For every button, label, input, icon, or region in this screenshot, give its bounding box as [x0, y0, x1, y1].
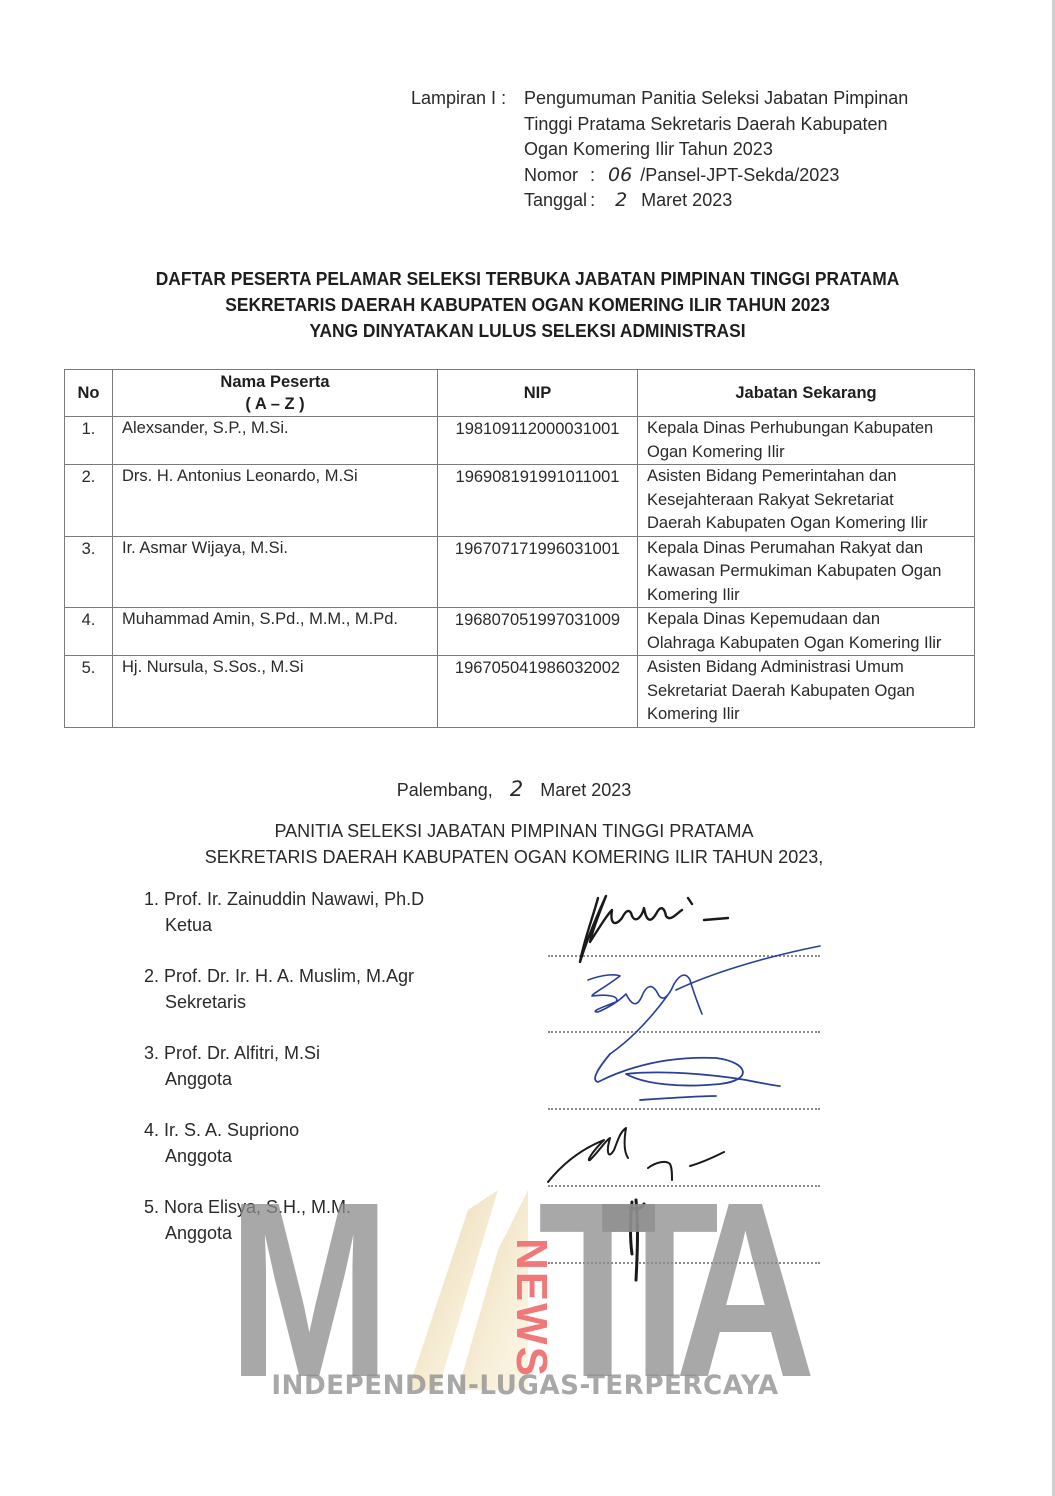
- cell-nama: Ir. Asmar Wijaya, M.Si.: [113, 536, 438, 608]
- signature-3: [595, 1054, 780, 1100]
- cell-no: 3.: [65, 536, 113, 608]
- title-line: DAFTAR PESERTA PELAMAR SELEKSI TERBUKA J…: [88, 266, 967, 292]
- header-jabatan: Jabatan Sekarang: [638, 370, 975, 417]
- committee-line: PANITIA SELEKSI JABATAN PIMPINAN TINGGI …: [0, 818, 1028, 844]
- tanggal-suffix: Maret 2023: [641, 188, 732, 214]
- watermark-tagline: INDEPENDEN-LUGAS-TERPERCAYA: [239, 1370, 811, 1401]
- cell-jabatan: Asisten Bidang Pemerintahan danKesejahte…: [638, 465, 975, 537]
- member-role: Anggota: [144, 1066, 320, 1092]
- member-3: 3. Prof. Dr. Alfitri, M.Si Anggota: [144, 1040, 320, 1092]
- jabatan-line: Kesejahteraan Rakyat Sekretariat: [647, 489, 974, 513]
- header-nama: Nama Peserta ( A – Z ): [113, 370, 438, 417]
- member-name: 4. Ir. S. A. Supriono: [144, 1117, 299, 1143]
- jabatan-line: Komering Ilir: [647, 584, 974, 608]
- committee-name: PANITIA SELEKSI JABATAN PIMPINAN TINGGI …: [0, 818, 1028, 870]
- cell-jabatan: Kepala Dinas Perumahan Rakyat danKawasan…: [638, 536, 975, 608]
- header-nama-line1: Nama Peserta: [113, 371, 437, 393]
- member-role: Anggota: [144, 1143, 299, 1169]
- table-row: 2.Drs. H. Antonius Leonardo, M.Si1969081…: [65, 465, 975, 537]
- lampiran-block: Lampiran I : Pengumuman Panitia Seleksi …: [411, 86, 908, 214]
- jabatan-line: Kawasan Permukiman Kabupaten Ogan: [647, 560, 974, 584]
- title-line: YANG DINYATAKAN LULUS SELEKSI ADMINISTRA…: [88, 318, 967, 344]
- participants-table: No Nama Peserta ( A – Z ) NIP Jabatan Se…: [64, 369, 975, 728]
- jabatan-line: Daerah Kabupaten Ogan Komering Ilir: [647, 512, 974, 536]
- signatures: [480, 870, 900, 1290]
- cell-jabatan: Kepala Dinas Kepemudaan danOlahraga Kabu…: [638, 608, 975, 656]
- nomor-row: Nomor : 06 /Pansel-JPT-Sekda/2023: [524, 163, 908, 189]
- lampiran-subject-line: Tinggi Pratama Sekretaris Daerah Kabupat…: [524, 112, 888, 138]
- cell-jabatan: Kepala Dinas Perhubungan KabupatenOgan K…: [638, 417, 975, 465]
- cell-nip: 198109112000031001: [438, 417, 638, 465]
- jabatan-line: Kepala Dinas Perhubungan Kabupaten: [647, 417, 974, 441]
- member-role: Sekretaris: [144, 989, 414, 1015]
- committee-line: SEKRETARIS DAERAH KABUPATEN OGAN KOMERIN…: [0, 844, 1028, 870]
- cell-nip: 196908191991011001: [438, 465, 638, 537]
- place-date: Palembang, 2 Maret 2023: [0, 777, 1028, 801]
- jabatan-line: Olahraga Kabupaten Ogan Komering Ilir: [647, 632, 974, 656]
- jabatan-line: Kepala Dinas Perumahan Rakyat dan: [647, 537, 974, 561]
- cell-nama: Drs. H. Antonius Leonardo, M.Si: [113, 465, 438, 537]
- signature-1: [580, 896, 728, 962]
- date-suffix: Maret 2023: [540, 780, 631, 800]
- lampiran-label-text: Lampiran I: [411, 88, 496, 108]
- jabatan-line: Asisten Bidang Administrasi Umum: [647, 656, 974, 680]
- lampiran-separator: :: [501, 88, 506, 108]
- place: Palembang,: [397, 780, 493, 800]
- signature-4: [548, 1128, 724, 1182]
- tanggal-label: Tanggal: [524, 188, 587, 214]
- table-row: 5.Hj. Nursula, S.Sos., M.Si1967050419860…: [65, 656, 975, 728]
- table-row: 3.Ir. Asmar Wijaya, M.Si.196707171996031…: [65, 536, 975, 608]
- document-title: DAFTAR PESERTA PELAMAR SELEKSI TERBUKA J…: [88, 266, 967, 344]
- member-name: 3. Prof. Dr. Alfitri, M.Si: [144, 1040, 320, 1066]
- tanggal-row: Tanggal : 2 Maret 2023: [524, 188, 908, 214]
- lampiran-subject-line: Ogan Komering Ilir Tahun 2023: [524, 137, 773, 163]
- member-5: 5. Nora Elisya, S.H., M.M. Anggota: [144, 1194, 351, 1246]
- nomor-handwritten: 06: [608, 163, 632, 189]
- cell-nip: 196707171996031001: [438, 536, 638, 608]
- cell-nip: 196705041986032002: [438, 656, 638, 728]
- member-name: 1. Prof. Ir. Zainuddin Nawawi, Ph.D: [144, 886, 424, 912]
- table-body: 1.Alexsander, S.P., M.Si.198109112000031…: [65, 417, 975, 728]
- nomor-label: Nomor: [524, 163, 578, 189]
- signature-5: [630, 1200, 644, 1280]
- title-line: SEKRETARIS DAERAH KABUPATEN OGAN KOMERIN…: [88, 292, 967, 318]
- header-no: No: [65, 370, 113, 417]
- member-name: 5. Nora Elisya, S.H., M.M.: [144, 1194, 351, 1220]
- lampiran-subject-line: Pengumuman Panitia Seleksi Jabatan Pimpi…: [524, 86, 908, 112]
- cell-no: 1.: [65, 417, 113, 465]
- table-row: 1.Alexsander, S.P., M.Si.198109112000031…: [65, 417, 975, 465]
- date-handwritten: 2: [510, 777, 523, 801]
- jabatan-line: Kepala Dinas Kepemudaan dan: [647, 608, 974, 632]
- table-header-row: No Nama Peserta ( A – Z ) NIP Jabatan Se…: [65, 370, 975, 417]
- jabatan-line: Sekretariat Daerah Kabupaten Ogan: [647, 680, 974, 704]
- member-role: Anggota: [144, 1220, 351, 1246]
- nomor-separator: :: [590, 163, 595, 189]
- cell-jabatan: Asisten Bidang Administrasi UmumSekretar…: [638, 656, 975, 728]
- table-row: 4.Muhammad Amin, S.Pd., M.M., M.Pd.19680…: [65, 608, 975, 656]
- member-1: 1. Prof. Ir. Zainuddin Nawawi, Ph.D Ketu…: [144, 886, 424, 938]
- lampiran-label: Lampiran I :: [411, 86, 524, 112]
- tanggal-handwritten: 2: [615, 188, 627, 214]
- member-name: 2. Prof. Dr. Ir. H. A. Muslim, M.Agr: [144, 963, 414, 989]
- tanggal-separator: :: [590, 188, 595, 214]
- nomor-suffix: /Pansel-JPT-Sekda/2023: [640, 163, 839, 189]
- cell-no: 4.: [65, 608, 113, 656]
- cell-nama: Hj. Nursula, S.Sos., M.Si: [113, 656, 438, 728]
- header-nama-line2: ( A – Z ): [113, 393, 437, 415]
- header-nip: NIP: [438, 370, 638, 417]
- cell-nip: 196807051997031009: [438, 608, 638, 656]
- jabatan-line: Komering Ilir: [647, 703, 974, 727]
- cell-nama: Muhammad Amin, S.Pd., M.M., M.Pd.: [113, 608, 438, 656]
- signature-2: [588, 946, 820, 1054]
- cell-nama: Alexsander, S.P., M.Si.: [113, 417, 438, 465]
- cell-no: 2.: [65, 465, 113, 537]
- jabatan-line: Ogan Komering Ilir: [647, 441, 974, 465]
- member-role: Ketua: [144, 912, 424, 938]
- member-2: 2. Prof. Dr. Ir. H. A. Muslim, M.Agr Sek…: [144, 963, 414, 1015]
- member-4: 4. Ir. S. A. Supriono Anggota: [144, 1117, 299, 1169]
- cell-no: 5.: [65, 656, 113, 728]
- jabatan-line: Asisten Bidang Pemerintahan dan: [647, 465, 974, 489]
